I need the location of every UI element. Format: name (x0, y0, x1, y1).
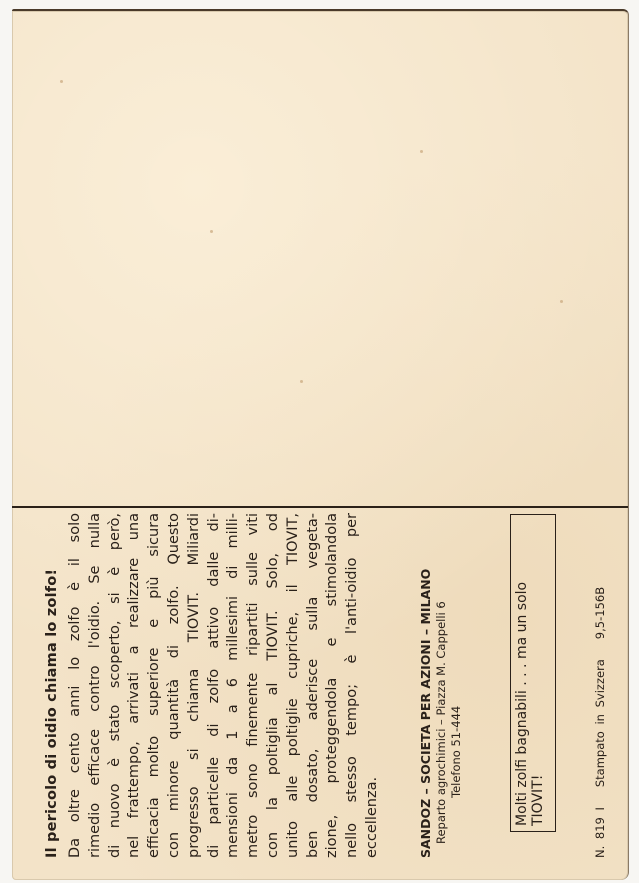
body-line: Da oltre cento anni lo zolfo è il solo (66, 513, 86, 858)
paper-speck (300, 380, 303, 383)
slogan-line-2: TIOVIT! (530, 516, 546, 826)
body-paragraph: Da oltre cento anni lo zolfo è il solo r… (66, 513, 383, 858)
paper-speck (210, 230, 213, 233)
body-line: mensioni da 1 a 6 millesimi di milli- (224, 513, 244, 858)
company-name: SANDOZ – SOCIETA PER AZIONI – MILANO (418, 513, 434, 858)
body-line: nello stesso tempo; è l'anti-oidio per (343, 513, 363, 858)
body-line: progresso si chiama TIOVIT. Miliardi (185, 513, 205, 858)
company-department: Reparto agrochimici – Piazza M. Cappelli… (434, 513, 449, 858)
body-line: nel frattempo, arrivati a realizzare una (125, 513, 145, 858)
slogan-line-1: Molti zolfi bagnabili . . . ma un solo (514, 516, 530, 826)
body-line: di particelle di zolfo attivo dalle di- (205, 513, 225, 858)
print-imprint: N. 819 I Stampato in Svizzera 9,5-156B (593, 513, 607, 858)
body-line: con minore quantità di zolfo. Questo (165, 513, 185, 858)
slogan: Molti zolfi bagnabili . . . ma un solo T… (514, 516, 546, 826)
company-info: SANDOZ – SOCIETA PER AZIONI – MILANO Rep… (418, 513, 464, 858)
headline: Il pericolo di oidio chiama lo zolfo! (42, 513, 62, 858)
fold-line (12, 506, 628, 508)
body-line: zione, proteggendola e stimolandola (323, 513, 343, 858)
body-line: con la poltiglia al TIOVIT. Solo, od (264, 513, 284, 858)
main-text-block: Il pericolo di oidio chiama lo zolfo! Da… (42, 513, 383, 858)
paper-speck (420, 150, 423, 153)
body-line: eccellenza. (363, 513, 383, 858)
paper-speck (560, 300, 563, 303)
paper-speck (60, 80, 63, 83)
body-line: metro sono finemente ripartiti sulle vit… (244, 513, 264, 858)
company-phone: Telefono 51-444 (449, 513, 464, 858)
body-line: unito alle poltiglie cupriche, il TIOVIT… (284, 513, 304, 858)
body-line: efficacia molto superiore e più sicura (145, 513, 165, 858)
body-line: rimedio efficace contro l'oidio. Se null… (86, 513, 106, 858)
body-line: di nuovo è stato scoperto, si è però, (106, 513, 126, 858)
body-line: ben dosato, aderisce sulla vegeta- (304, 513, 324, 858)
